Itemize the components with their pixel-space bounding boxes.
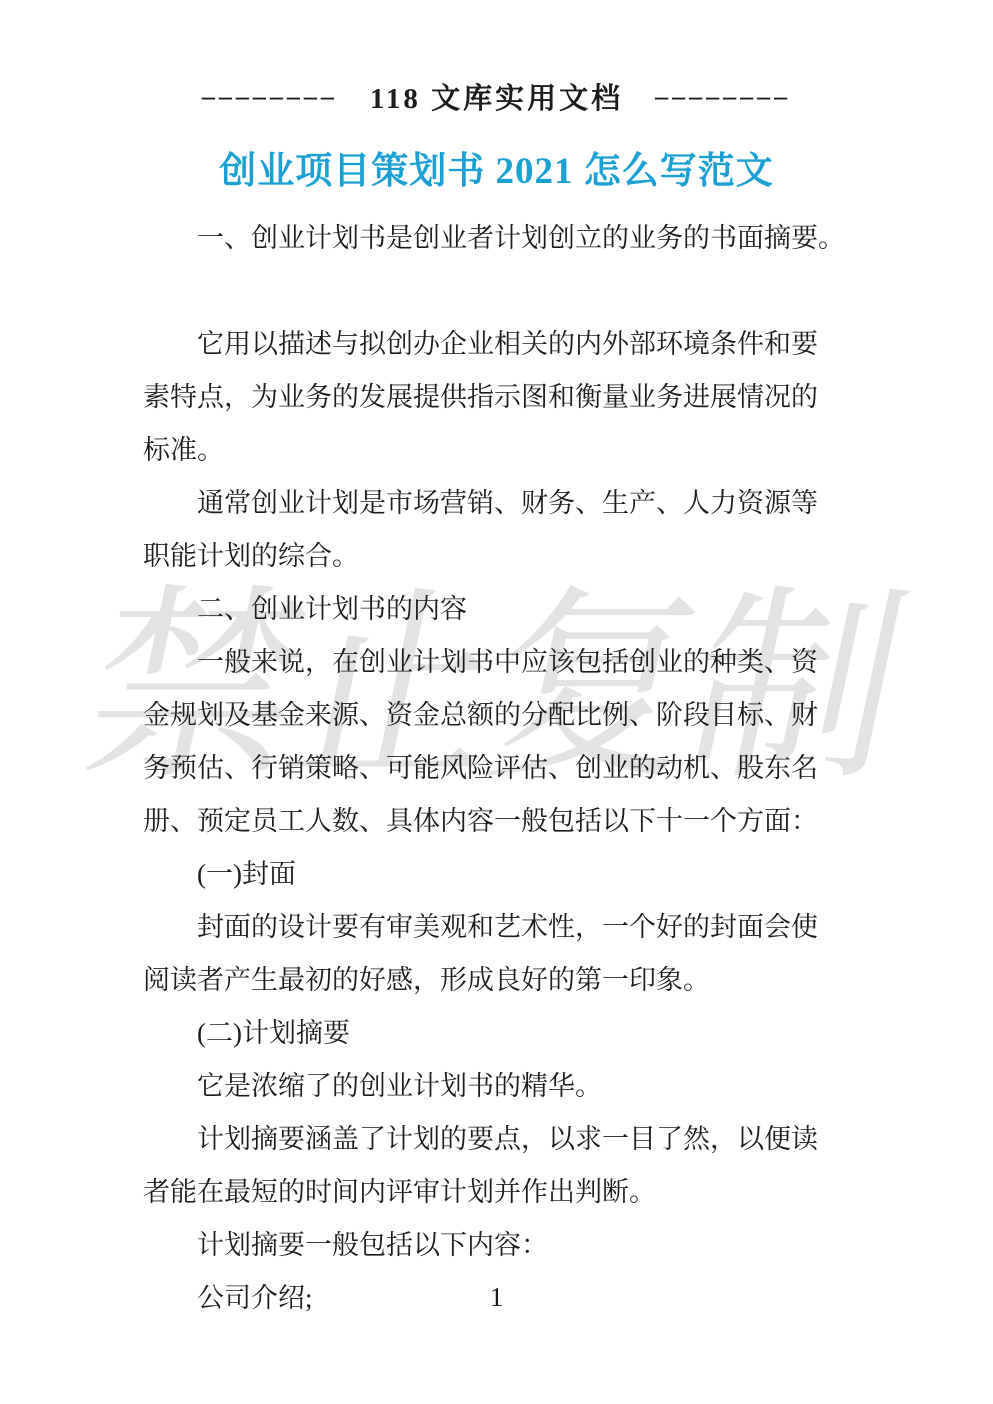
text-line: 职能计划的综合。 [143,530,845,583]
text-line: 它是浓缩了的创业计划书的精华。 [143,1060,845,1113]
text-line: (一)封面 [143,848,845,901]
text-line: 一般来说，在创业计划书中应该包括创业的种类、资 [143,636,845,689]
text-line: 一、创业计划书是创业者计划创立的业务的书面摘要。 [143,212,845,265]
text-line: 它用以描述与拟创办企业相关的内外部环境条件和要 [143,318,845,371]
text-line: 者能在最短的时间内评审计划并作出判断。 [143,1166,845,1219]
text-line: 通常创业计划是市场营销、财务、生产、人力资源等 [143,477,845,530]
paragraph: 计划摘要一般包括以下内容： [143,1219,845,1272]
header-dashes-right: –––––––– [655,82,791,112]
page-header: –––––––– 118 文库实用文档 –––––––– [0,76,993,117]
document-page: 禁止复制 –––––––– 118 文库实用文档 –––––––– 创业项目策划… [0,0,993,1404]
text-line: (二)计划摘要 [143,1007,845,1060]
text-line: 金规划及基金来源、资金总额的分配比例、阶段目标、财 [143,689,845,742]
paragraph: (一)封面 [143,848,845,901]
paragraph: 它用以描述与拟创办企业相关的内外部环境条件和要素特点，为业务的发展提供指示图和衡… [143,318,845,477]
header-dashes-left: –––––––– [202,82,338,112]
text-line: 素特点，为业务的发展提供指示图和衡量业务进展情况的 [143,371,845,424]
paragraph: 封面的设计要有审美观和艺术性，一个好的封面会使阅读者产生最初的好感，形成良好的第… [143,901,845,1007]
text-line: 标准。 [143,424,845,477]
text-line: 计划摘要涵盖了计划的要点，以求一目了然，以便读 [143,1113,845,1166]
text-line: 封面的设计要有审美观和艺术性，一个好的封面会使 [143,901,845,954]
text-line: 务预估、行销策略、可能风险评估、创业的动机、股东名 [143,742,845,795]
page-number: 1 [0,1282,993,1313]
text-line: 册、预定员工人数、具体内容一般包括以下十一个方面： [143,795,845,848]
paragraph: 通常创业计划是市场营销、财务、生产、人力资源等职能计划的综合。 [143,477,845,583]
text-line: 计划摘要一般包括以下内容： [143,1219,845,1272]
document-title: 创业项目策划书 2021 怎么写范文 [0,140,993,194]
paragraph: (二)计划摘要 [143,1007,845,1060]
paragraph: 它是浓缩了的创业计划书的精华。 [143,1060,845,1113]
brand-text: 118 文库实用文档 [370,76,623,117]
paragraph: 一、创业计划书是创业者计划创立的业务的书面摘要。 [143,212,845,265]
text-line: 二、创业计划书的内容 [143,583,845,636]
document-body: 一、创业计划书是创业者计划创立的业务的书面摘要。它用以描述与拟创办企业相关的内外… [143,212,845,1325]
paragraph: 二、创业计划书的内容 [143,583,845,636]
paragraph: 计划摘要涵盖了计划的要点，以求一目了然，以便读者能在最短的时间内评审计划并作出判… [143,1113,845,1219]
text-line: 阅读者产生最初的好感，形成良好的第一印象。 [143,954,845,1007]
paragraph: 一般来说，在创业计划书中应该包括创业的种类、资金规划及基金来源、资金总额的分配比… [143,636,845,848]
